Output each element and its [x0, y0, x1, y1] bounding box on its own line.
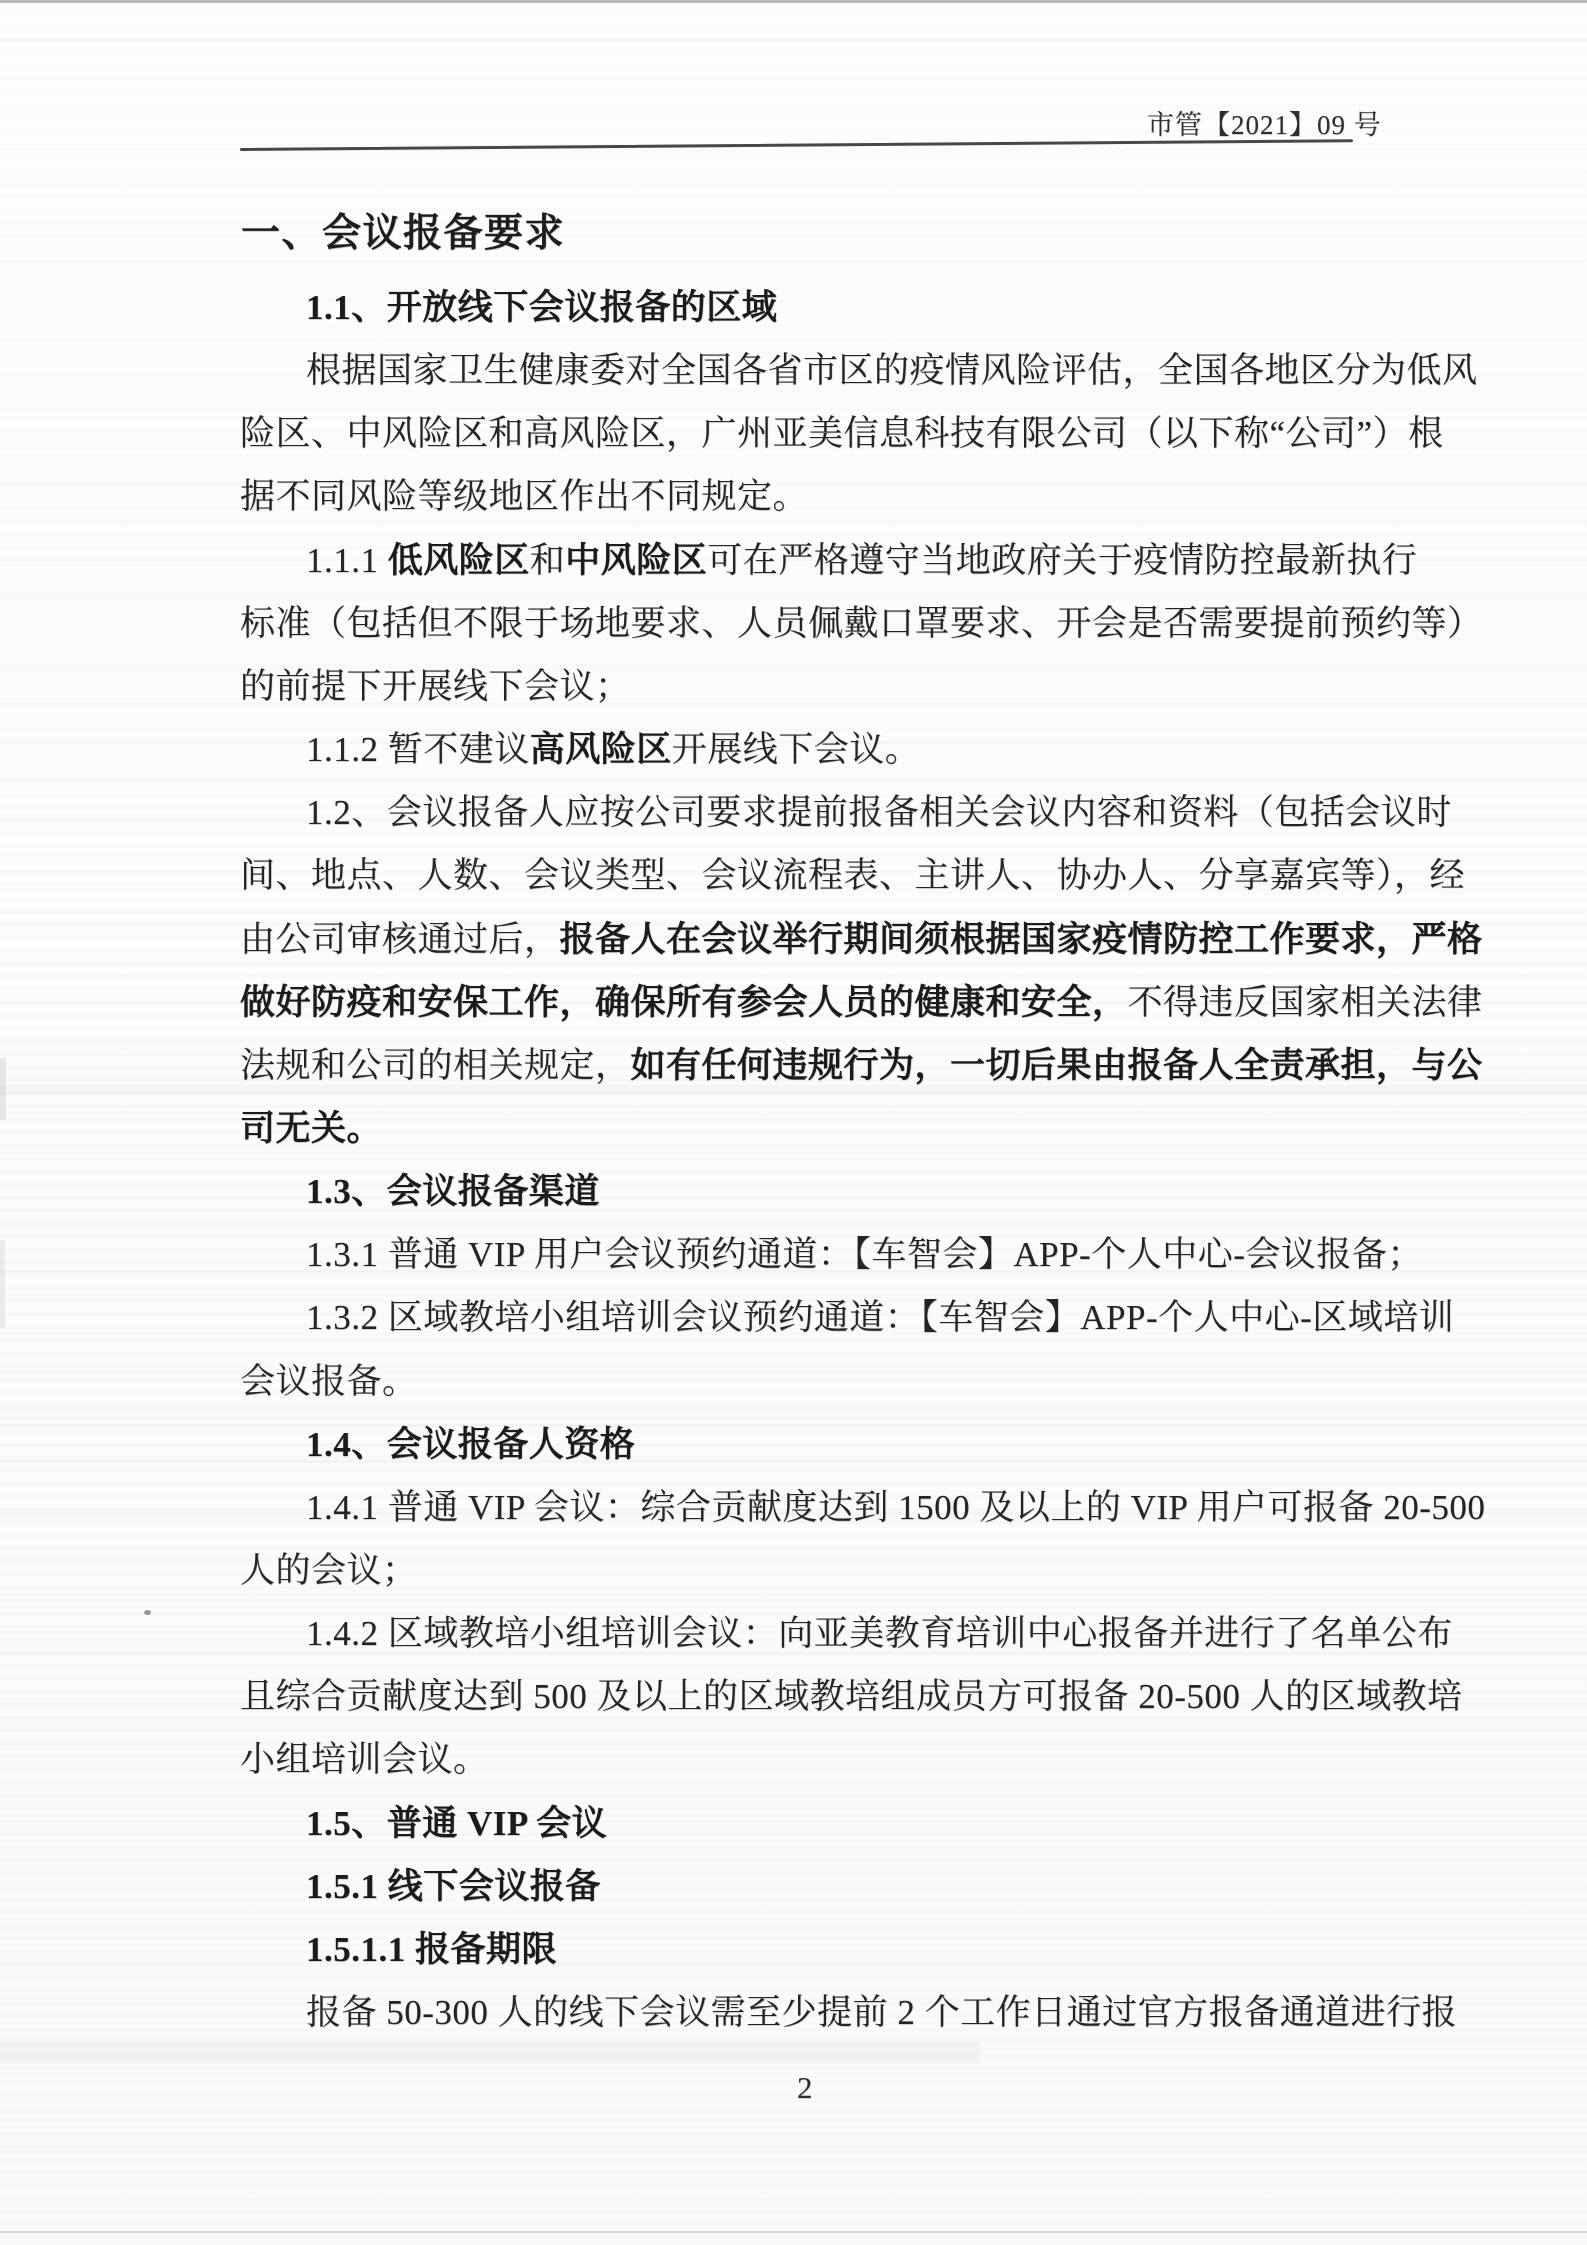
scanned-document-page: 市管【2021】09 号 一、会议报备要求 1.1、开放线下会议报备的区域根据国… [0, 0, 1587, 2245]
text-run: 1.5、普通 VIP 会议 [306, 1804, 607, 1843]
text-run: 1.2、会议报备人应按公司要求提前报备相关会议内容和资料（包括会议时 [306, 793, 1452, 832]
text-run: 如有任何违规行为，一切后果由报备人全责承担，与公 [631, 1046, 1483, 1085]
text-run: 的前提下开展线下会议； [240, 667, 631, 706]
document-title: 一、会议报备要求 [241, 202, 565, 258]
text-run: 1.1、开放线下会议报备的区域 [306, 288, 777, 327]
text-run: 人的会议； [240, 1551, 418, 1590]
text-run: 标准（包括但不限于场地要求、人员佩戴口罩要求、开会是否需要提前预约等） [240, 604, 1483, 643]
text-line: 的前提下开展线下会议； [240, 663, 631, 711]
text-run: 会议报备。 [240, 1362, 418, 1401]
section-heading: 1.3、会议报备渠道 [240, 1168, 600, 1216]
text-run: 低风险区 [388, 541, 530, 580]
document-body: 1.1、开放线下会议报备的区域根据国家卫生健康委对全国各省市区的疫情风险评估，全… [240, 284, 1460, 2064]
text-run: 报备 50-300 人的线下会议需至少提前 2 个工作日通过官方报备通道进行报 [306, 1993, 1457, 2032]
text-line: 司无关。 [240, 1105, 382, 1153]
page-number: 2 [797, 2070, 813, 2106]
text-run: 由公司审核通过后， [240, 920, 560, 959]
text-run: 开展线下会议。 [672, 730, 921, 769]
section-heading: 1.1、开放线下会议报备的区域 [240, 284, 777, 332]
text-line: 据不同风险等级地区作出不同规定。 [240, 473, 808, 521]
text-line: 做好防疫和安保工作，确保所有参会人员的健康和安全，不得违反国家相关法律 [240, 979, 1483, 1027]
text-run: 和 [530, 541, 566, 580]
scan-mark [0, 1058, 6, 1120]
text-run: 司无关。 [240, 1109, 382, 1148]
section-heading: 1.4、会议报备人资格 [240, 1421, 635, 1469]
text-run: 1.3.1 普通 VIP 用户会议预约通道：【车智会】APP-个人中心-会议报备… [306, 1235, 1423, 1274]
section-heading: 1.5.1 线下会议报备 [240, 1863, 601, 1911]
text-run: 根据国家卫生健康委对全国各省市区的疫情风险评估，全国各地区分为低风 [306, 351, 1478, 390]
text-run: 小组培训会议。 [240, 1740, 489, 1779]
text-line: 1.4.2 区域教培小组培训会议：向亚美教育培训中心报备并进行了名单公布 [240, 1610, 1453, 1658]
text-line: 1.3.2 区域教培小组培训会议预约通道：【车智会】APP-个人中心-区域培训 [240, 1294, 1454, 1342]
text-line: 1.1.1 低风险区和中风险区可在严格遵守当地政府关于疫情防控最新执行 [240, 537, 1417, 585]
text-line: 标准（包括但不限于场地要求、人员佩戴口罩要求、开会是否需要提前预约等） [240, 600, 1483, 648]
text-line: 报备 50-300 人的线下会议需至少提前 2 个工作日通过官方报备通道进行报 [240, 1989, 1457, 2037]
scan-edge-artifact [0, 0, 1587, 3]
text-run: 1.1.1 [306, 541, 388, 580]
text-line: 间、地点、人数、会议类型、会议流程表、主讲人、协办人、分享嘉宾等），经 [240, 852, 1465, 900]
text-line: 会议报备。 [240, 1358, 418, 1406]
text-run: 中风险区 [565, 541, 707, 580]
scan-streak [0, 2231, 1587, 2233]
text-run: 险区、中风险区和高风险区，广州亚美信息科技有限公司（以下称“公司”）根 [240, 414, 1444, 453]
text-run: 1.3、会议报备渠道 [306, 1172, 600, 1211]
text-run: 1.4.2 区域教培小组培训会议：向亚美教育培训中心报备并进行了名单公布 [306, 1614, 1453, 1653]
text-run: 可在严格遵守当地政府关于疫情防控最新执行 [707, 541, 1417, 580]
text-line: 根据国家卫生健康委对全国各省市区的疫情风险评估，全国各地区分为低风 [240, 347, 1478, 395]
text-line: 法规和公司的相关规定，如有任何违规行为，一切后果由报备人全责承担，与公 [240, 1042, 1483, 1090]
section-heading: 1.5.1.1 报备期限 [240, 1926, 557, 1974]
text-line: 1.1.2 暂不建议高风险区开展线下会议。 [240, 726, 920, 774]
section-heading: 1.5、普通 VIP 会议 [240, 1800, 607, 1848]
header-rule [240, 139, 1353, 151]
text-line: 1.3.1 普通 VIP 用户会议预约通道：【车智会】APP-个人中心-会议报备… [240, 1231, 1423, 1279]
text-run: 据不同风险等级地区作出不同规定。 [240, 477, 808, 516]
text-run: 1.5.1.1 报备期限 [306, 1930, 557, 1969]
text-line: 人的会议； [240, 1547, 418, 1595]
text-run: 法规和公司的相关规定， [240, 1046, 631, 1085]
text-run: 1.4.1 普通 VIP 会议：综合贡献度达到 1500 及以上的 VIP 用户… [306, 1488, 1485, 1527]
text-run: 高风险区 [530, 730, 672, 769]
scan-mark [0, 1240, 5, 1328]
text-run: 1.4、会议报备人资格 [306, 1425, 635, 1464]
text-run: 做好防疫和安保工作，确保所有参会人员的健康和安全， [240, 983, 1128, 1022]
text-run: 不得违反国家相关法律 [1128, 983, 1483, 1022]
text-line: 1.2、会议报备人应按公司要求提前报备相关会议内容和资料（包括会议时 [240, 789, 1452, 837]
scan-dot [144, 1610, 151, 1615]
text-line: 由公司审核通过后，报备人在会议举行期间须根据国家疫情防控工作要求，严格 [240, 916, 1483, 964]
text-line: 且综合贡献度达到 500 及以上的区域教培组成员方可报备 20-500 人的区域… [240, 1673, 1463, 1721]
text-line: 小组培训会议。 [240, 1736, 489, 1784]
text-line: 1.4.1 普通 VIP 会议：综合贡献度达到 1500 及以上的 VIP 用户… [240, 1484, 1485, 1532]
text-run: 且综合贡献度达到 500 及以上的区域教培组成员方可报备 20-500 人的区域… [240, 1677, 1463, 1716]
text-run: 1.5.1 线下会议报备 [306, 1867, 601, 1906]
doc-number: 市管【2021】09 号 [1147, 103, 1382, 142]
text-run: 间、地点、人数、会议类型、会议流程表、主讲人、协办人、分享嘉宾等），经 [240, 856, 1465, 895]
text-run: 1.3.2 区域教培小组培训会议预约通道：【车智会】APP-个人中心-区域培训 [306, 1298, 1454, 1337]
text-run: 1.1.2 暂不建议 [306, 730, 530, 769]
text-line: 险区、中风险区和高风险区，广州亚美信息科技有限公司（以下称“公司”）根 [240, 410, 1444, 458]
text-run: 报备人在会议举行期间须根据国家疫情防控工作要求，严格 [560, 920, 1483, 959]
